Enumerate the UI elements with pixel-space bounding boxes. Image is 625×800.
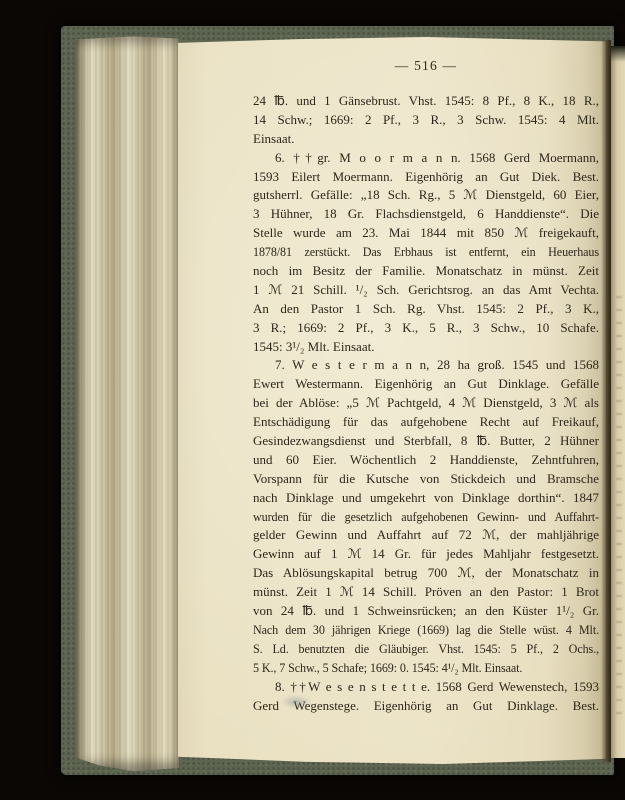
text-column: 24 ℔. und 1 Gänsebrust. Vhst. 1545: 8 Pf…	[253, 92, 599, 715]
text-line: nach Dinklage und umgekehrt von Dinklage…	[253, 489, 599, 508]
text-line: 5 K., 7 Schw., 5 Schafe; 1669: 0. 1545: …	[253, 659, 599, 678]
text-line: Ewert Westermann. Eigenhörig an Gut Dink…	[253, 375, 599, 394]
text-line: und 60 Eier. Wöchentlich 2 Handdienste, …	[253, 451, 599, 470]
text-line: noch im Besitz der Familie. Monatschatz …	[253, 262, 599, 281]
text-line: bei der Ablöse: „5 ℳ Pachtgeld, 4 ℳ Dien…	[253, 394, 599, 413]
text-line: 7. W e s t e r m a n n, 28 ha groß. 1545…	[253, 356, 599, 375]
gutter-shadow	[601, 40, 611, 762]
text-line: Nach dem 30 jährigen Kriege (1669) lag d…	[253, 621, 599, 640]
book-page: — 516 — 24 ℔. und 1 Gänsebrust. Vhst. 15…	[178, 37, 606, 764]
text-line: 1593 Eilert Moermann. Eigenhörig an Gut …	[253, 168, 599, 187]
page-number: — 516 —	[253, 58, 599, 74]
text-line: 6. ††gr. M o o r m a n n. 1568 Gerd Moer…	[253, 149, 599, 168]
text-line: Gewinn auf 1 ℳ 14 Gr. für jedes Mahljahr…	[253, 545, 599, 564]
text-line: 1878/81 zerstückt. Das Erbhaus ist entfe…	[253, 243, 599, 262]
text-line: Das Ablösungskapital betrug 700 ℳ, der M…	[253, 564, 599, 583]
facing-page-sliver	[611, 46, 625, 758]
text-line: S. Ld. benutzten die Gläubiger. Vhst. 15…	[253, 640, 599, 659]
text-line: Einsaat.	[253, 130, 599, 149]
text-line: Stelle wurde am 23. Mai 1844 mit 850 ℳ f…	[253, 224, 599, 243]
text-line: 14 Schw.; 1669: 2 Pf., 3 R., 3 Schw. 154…	[253, 111, 599, 130]
text-line: gelder Gewinn und Auffahrt auf 72 ℳ, der…	[253, 526, 599, 545]
text-line: Gesindezwangsdienst und Sterbfall, 8 ℔. …	[253, 432, 599, 451]
show-through-mark	[281, 695, 311, 709]
text-line: 1 ℳ 21 Schill. ¹/₂ Sch. Gerichtsrog. an …	[253, 281, 599, 300]
text-line: An den Pastor 1 Sch. Rg. Vhst. 1545: 2 P…	[253, 300, 599, 319]
text-line: von 24 ℔. und 1 Schweinsrücken; an den K…	[253, 602, 599, 621]
text-line: 24 ℔. und 1 Gänsebrust. Vhst. 1545: 8 Pf…	[253, 92, 599, 111]
text-line: Vorspann für die Kutsche von Stickdeich …	[253, 470, 599, 489]
text-line: 3 R.; 1669: 2 Pf., 3 K., 5 R., 3 Schw., …	[253, 319, 599, 338]
book-photo: — 516 — 24 ℔. und 1 Gänsebrust. Vhst. 15…	[0, 0, 625, 800]
text-line: münst. Zeit 1 ℳ 14 Schill. Pröven an den…	[253, 583, 599, 602]
text-line: Entschädigung für das aufgehobene Recht …	[253, 413, 599, 432]
text-line: wurden für die gesetzlich aufgehobenen G…	[253, 508, 599, 527]
text-line: 8. ††W e s e n s t e t t e. 1568 Gerd We…	[253, 678, 599, 697]
text-line: 1545: 3¹/₂ Mlt. Einsaat.	[253, 338, 599, 357]
text-line: gutsherrl. Gefälle: „18 Sch. Rg., 5 ℳ Di…	[253, 186, 599, 205]
text-line: 3 Hühner, 18 Gr. Flachsdienstgeld, 6 Han…	[253, 205, 599, 224]
page-edges	[76, 35, 179, 771]
